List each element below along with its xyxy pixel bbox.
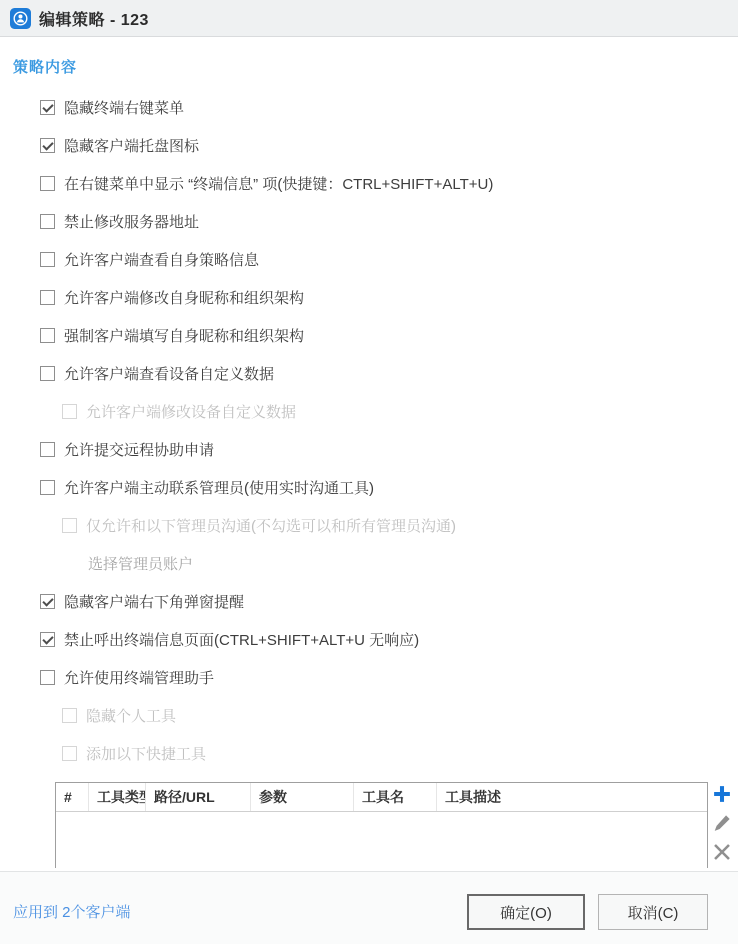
tools-table: #工具类型路径/URL参数工具名工具描述 [55,782,708,868]
option-row: 允许客户端修改自身昵称和组织架构 [40,278,722,316]
checkbox[interactable] [40,176,55,191]
option-row: 允许使用终端管理助手 [40,658,722,696]
footer-bar: 应用到 2个客户端 确定(O) 取消(C) [0,871,738,944]
checkbox[interactable] [40,138,55,153]
option-row: 隐藏终端右键菜单 [40,88,722,126]
apply-to-clients-link[interactable]: 应用到 2个客户端 [13,901,131,922]
dialog-title: 编辑策略 - 123 [39,7,149,30]
dialog-titlebar: 编辑策略 - 123 [0,0,738,37]
checkbox[interactable] [40,480,55,495]
ok-button[interactable]: 确定(O) [467,894,585,930]
option-label: 添加以下快捷工具 [86,743,206,764]
tools-table-column-header: 参数 [251,783,354,811]
checkbox[interactable] [40,594,55,609]
tools-table-body [56,812,707,868]
checkbox [62,708,77,723]
option-row: 强制客户端填写自身昵称和组织架构 [40,316,722,354]
tools-table-column-header: 路径/URL [146,783,251,811]
option-label: 隐藏客户端右下角弹窗提醒 [64,591,244,612]
option-row: 在右键菜单中显示 “终端信息” 项(快捷键：CTRL+SHIFT+ALT+U) [40,164,722,202]
option-row: 允许客户端查看设备自定义数据 [40,354,722,392]
option-row: 隐藏客户端托盘图标 [40,126,722,164]
checkbox[interactable] [40,328,55,343]
option-label: 禁止修改服务器地址 [64,211,199,232]
checkbox[interactable] [40,252,55,267]
option-label: 允许客户端修改设备自定义数据 [86,401,296,422]
plus-icon [713,785,731,803]
option-row: 禁止呼出终端信息页面(CTRL+SHIFT+ALT+U 无响应) [40,620,722,658]
checkbox[interactable] [40,670,55,685]
option-row: 允许客户端查看自身策略信息 [40,240,722,278]
checkbox[interactable] [40,632,55,647]
option-label: 在右键菜单中显示 “终端信息” 项(快捷键：CTRL+SHIFT+ALT+U) [64,173,493,194]
checkbox[interactable] [40,290,55,305]
options-list: 隐藏终端右键菜单隐藏客户端托盘图标在右键菜单中显示 “终端信息” 项(快捷键：C… [40,88,722,772]
checkbox [62,518,77,533]
pencil-icon [713,814,731,832]
checkbox [62,746,77,761]
option-row: 隐藏客户端右下角弹窗提醒 [40,582,722,620]
tools-table-column-header: 工具名 [354,783,437,811]
tools-table-column-header: # [56,783,89,811]
option-row: 允许客户端修改设备自定义数据 [62,392,722,430]
section-header-policy-content: 策略内容 [13,56,77,77]
option-row: 允许客户端主动联系管理员(使用实时沟通工具) [40,468,722,506]
checkbox[interactable] [40,100,55,115]
edit-policy-dialog: 编辑策略 - 123 策略内容 隐藏终端右键菜单隐藏客户端托盘图标在右键菜单中显… [0,0,738,944]
option-label: 隐藏个人工具 [86,705,176,726]
option-label: 隐藏终端右键菜单 [64,97,184,118]
checkbox[interactable] [40,366,55,381]
option-label: 允许客户端查看自身策略信息 [64,249,259,270]
tools-table-header: #工具类型路径/URL参数工具名工具描述 [56,783,707,812]
option-label: 强制客户端填写自身昵称和组织架构 [64,325,304,346]
checkbox[interactable] [40,442,55,457]
option-label: 禁止呼出终端信息页面(CTRL+SHIFT+ALT+U 无响应) [64,629,419,650]
select-admin-account-link[interactable]: 选择管理员账户 [88,553,193,574]
option-label: 允许客户端主动联系管理员(使用实时沟通工具) [64,477,374,498]
cancel-button[interactable]: 取消(C) [598,894,708,930]
option-row: 允许提交远程协助申请 [40,430,722,468]
option-label: 允许使用终端管理助手 [64,667,214,688]
option-label: 允许提交远程协助申请 [64,439,214,460]
table-actions [710,784,734,862]
option-row: 禁止修改服务器地址 [40,202,722,240]
option-row: 隐藏个人工具 [62,696,722,734]
delete-tool-button[interactable] [712,842,732,862]
option-label: 仅允许和以下管理员沟通(不勾选可以和所有管理员沟通) [86,515,456,536]
tools-table-column-header: 工具类型 [89,783,146,811]
checkbox [62,404,77,419]
option-row: 添加以下快捷工具 [62,734,722,772]
option-row: 仅允许和以下管理员沟通(不勾选可以和所有管理员沟通) [62,506,722,544]
checkbox[interactable] [40,214,55,229]
close-icon [713,843,731,861]
edit-tool-button[interactable] [712,813,732,833]
admin-account-link-row: 选择管理员账户 [62,544,722,582]
tools-table-column-header: 工具描述 [437,783,707,811]
option-label: 允许客户端查看设备自定义数据 [64,363,274,384]
option-label: 允许客户端修改自身昵称和组织架构 [64,287,304,308]
policy-app-icon [10,8,31,29]
option-label: 隐藏客户端托盘图标 [64,135,199,156]
add-tool-button[interactable] [712,784,732,804]
